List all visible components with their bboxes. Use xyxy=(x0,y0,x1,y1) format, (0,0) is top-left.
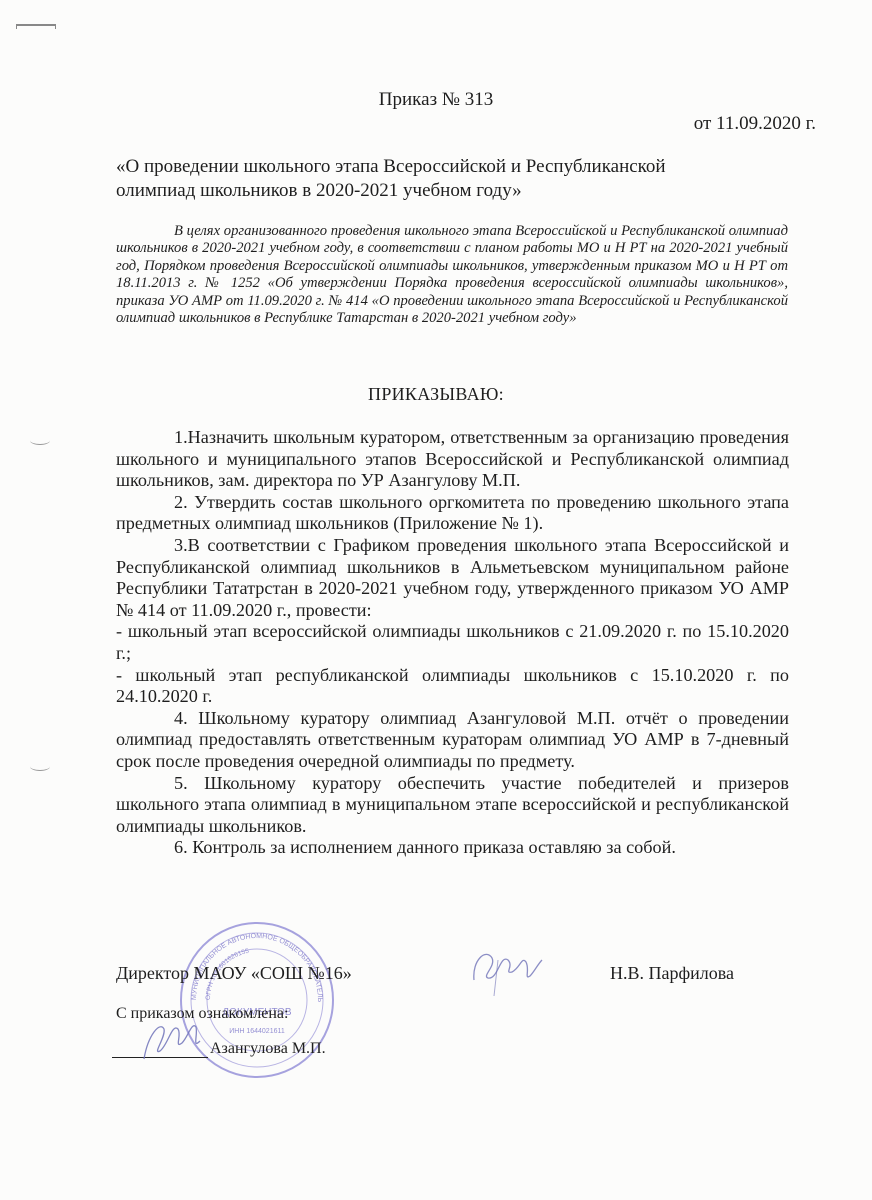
preamble: В целях организованного проведения школь… xyxy=(116,223,788,327)
order-item-2: 2. Утвердить состав школьного оргкомитет… xyxy=(116,492,789,535)
director-title: Директор МАОУ «СОШ №16» xyxy=(116,963,352,984)
subject-line-1: «О проведении школьного этапа Всероссийс… xyxy=(116,155,666,179)
order-subject: «О проведении школьного этапа Всероссийс… xyxy=(116,155,666,203)
hole-punch-mark xyxy=(30,436,50,445)
order-item-3: 3.В соответствии с Графиком проведения ш… xyxy=(116,535,789,621)
order-item-6: 6. Контроль за исполнением данного прика… xyxy=(116,837,789,859)
curator-signature-icon xyxy=(138,1015,208,1065)
hole-punch-mark xyxy=(30,762,50,771)
order-item-5: 5. Школьному куратору обеспечить участие… xyxy=(116,773,789,838)
order-item-4: 4. Школьному куратору олимпиад Азангулов… xyxy=(116,708,789,773)
curator-name: Азангулова М.П. xyxy=(210,1040,326,1058)
order-date: от 11.09.2020 г. xyxy=(694,113,816,135)
order-title: Приказ № 313 xyxy=(0,89,872,111)
order-items: 1.Назначить школьным куратором, ответств… xyxy=(116,427,789,859)
order-word: ПРИКАЗЫВАЮ: xyxy=(0,384,872,405)
director-signature-icon xyxy=(468,940,548,1000)
svg-text:МУНИЦИПАЛЬНОЕ АВТОНОМНОЕ ОБЩЕО: МУНИЦИПАЛЬНОЕ АВТОНОМНОЕ ОБЩЕОБРАЗОВАТЕЛ… xyxy=(178,920,323,1003)
director-name: Н.В. Парфилова xyxy=(610,963,734,984)
subject-line-2: олимпиад школьников в 2020-2021 учебном … xyxy=(116,179,666,203)
order-item-1: 1.Назначить школьным куратором, ответств… xyxy=(116,427,789,492)
order-item-3-sub-1: - школьный этап всероссийской олимпиады … xyxy=(116,621,789,664)
svg-text:ИНН 1644021611: ИНН 1644021611 xyxy=(229,1028,285,1035)
order-item-3-sub-2: - школьный этап республиканской олимпиад… xyxy=(116,665,789,708)
scan-corner-mark xyxy=(16,24,56,29)
